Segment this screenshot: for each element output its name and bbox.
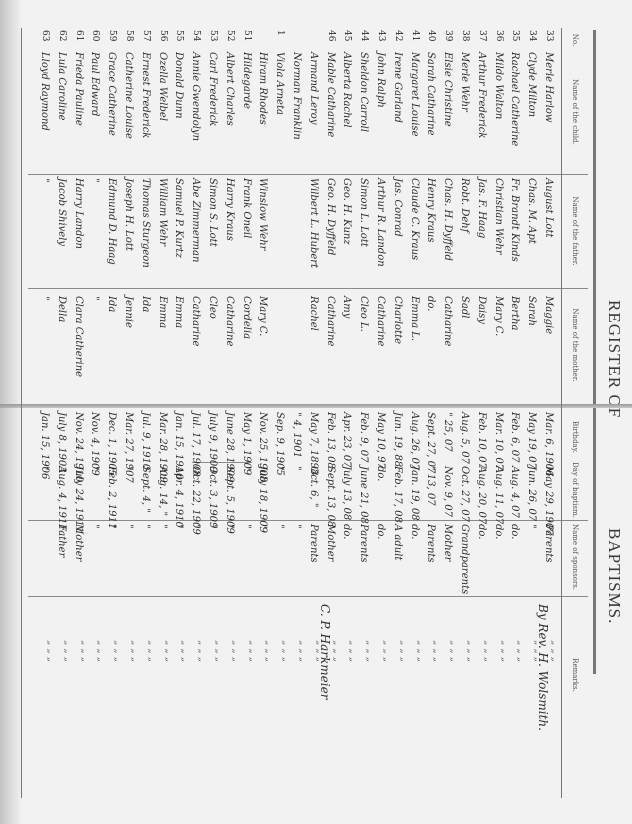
- cell-birthday: " 4, 1901: [291, 412, 302, 458]
- table-row: 36Mildo WaltonChristian WehrMary C.Mar. …: [492, 0, 504, 824]
- cell-no: 59: [107, 30, 117, 41]
- header-birthday: Birthday.: [562, 412, 588, 462]
- cell-mother: Della: [56, 296, 67, 322]
- cell-child: Paul Edward: [89, 52, 100, 116]
- cell-sponsors: ": [224, 524, 235, 529]
- table-row: 63Lloyd Raymond""Jan. 15, 1906"” ” ”: [38, 0, 50, 824]
- cell-father: August Lott: [543, 178, 554, 238]
- header-remarks: Remarks.: [562, 600, 588, 750]
- cell-sponsors: Mother: [325, 524, 336, 561]
- table-row: Norman Franklin" 4, 1901""” ” ”: [290, 0, 302, 824]
- cell-no: 44: [359, 30, 369, 41]
- cell-baptism: ": [274, 466, 285, 471]
- cell-mother: Ida: [140, 296, 151, 312]
- ditto-marks: ” ” ”: [190, 640, 201, 662]
- table-row: Armand LeroyWilbert L. HubertRachelMay 7…: [307, 0, 319, 824]
- cell-no: 38: [460, 30, 470, 41]
- table-row: 45Alberta RachelGeo. H. KunzAmyApr. 23, …: [340, 0, 352, 824]
- cell-father: Frank Oneil: [241, 178, 252, 238]
- cell-sponsors: do.: [375, 524, 386, 539]
- cell-mother: Cordelia: [241, 296, 252, 339]
- cell-father: Joseph H. Lott: [123, 178, 134, 251]
- table-row: 57Ernest FrederickThomas SturgeonIdaJul.…: [139, 0, 151, 824]
- ditto-marks: ” ” ”: [73, 640, 84, 662]
- cell-sponsors: ": [241, 524, 252, 529]
- table-row: 42Irene GarlandJas. ConradCharlotteJun. …: [391, 0, 403, 824]
- cell-baptism: ": [123, 466, 134, 471]
- ditto-marks: ” ” ”: [106, 640, 117, 662]
- cell-child: Alberta Rachel: [341, 52, 352, 128]
- cell-no: 56: [158, 30, 168, 41]
- cell-sponsors: ": [157, 524, 168, 529]
- ditto-marks: ” ” ”: [493, 640, 504, 662]
- cell-child: Mable Catharine: [325, 52, 336, 137]
- ditto-marks: ” ” ”: [224, 640, 235, 662]
- table-row: 62Lula CarolineJacob ShivelyDellaJuly 8,…: [55, 0, 67, 824]
- ditto-marks: ” ” ”: [56, 640, 67, 662]
- remark-rev-wolsmith: By Rev. H. Wolsmith.: [536, 604, 550, 731]
- header-rule: [561, 28, 562, 798]
- cell-no: 37: [477, 30, 487, 41]
- table-row: 60Paul Edward""Nov. 4, 1909""” ” ”: [88, 0, 100, 824]
- cell-baptism: Aug. 4, 1911: [56, 466, 67, 531]
- ditto-marks: ” ” ”: [173, 640, 184, 662]
- cell-child: Catherine Louise: [123, 52, 134, 139]
- cell-mother: Maggie: [543, 296, 554, 334]
- cell-mother: Catharine: [190, 296, 201, 346]
- cell-baptism: July 13, 08: [341, 466, 352, 520]
- cell-mother: Catharine: [224, 296, 235, 346]
- cell-no: 55: [174, 30, 184, 41]
- cell-baptism: Sept. 13, 08: [325, 466, 336, 527]
- ditto-marks: ” ” ”: [358, 640, 369, 662]
- cell-no: 63: [40, 30, 50, 41]
- cell-child: Viola Arneta: [274, 52, 285, 115]
- cell-mother: Catharine: [375, 296, 386, 346]
- cell-child: Margaret Louise: [409, 52, 420, 137]
- cell-child: Albert Charles: [224, 52, 235, 126]
- cell-mother: Catharine: [442, 296, 453, 346]
- cell-baptism: Aug. 14, ": [157, 466, 168, 516]
- cell-father: Simon S. Lott: [207, 178, 218, 247]
- cell-father: Winslow Wehr: [257, 178, 268, 250]
- cell-mother: Cleo: [207, 296, 218, 319]
- cell-sponsors: do.: [476, 524, 487, 539]
- ditto-marks: ” ” ”: [392, 640, 403, 662]
- table-row: 51HildegardeFrank OneilCordeliaMay 1, 19…: [240, 0, 252, 824]
- cell-no: 33: [544, 30, 554, 41]
- cell-no: 51: [242, 30, 252, 41]
- cell-child: Clyde Milton: [526, 52, 537, 117]
- cell-no: 45: [342, 30, 352, 41]
- cell-baptism: ": [241, 466, 252, 471]
- cell-baptism: Oct. 3, 1909: [207, 466, 218, 528]
- cell-mother: Cleo L.: [358, 296, 369, 332]
- cell-no: 60: [90, 30, 100, 41]
- cell-baptism: July 18, 1909: [257, 466, 268, 533]
- cell-child: Arthur Frederick: [476, 52, 487, 138]
- cell-birthday: Aug. 5, 07: [459, 412, 470, 464]
- ditto-marks: ” ” ”: [123, 640, 134, 662]
- ditto-marks: ” ” ”: [257, 640, 268, 662]
- ditto-marks: ” ” ”: [207, 640, 218, 662]
- cell-no: 62: [57, 30, 67, 41]
- cell-no: 58: [124, 30, 134, 41]
- cell-sponsors: A adult: [392, 524, 403, 560]
- ditto-marks: ” ” ”: [425, 640, 436, 662]
- cell-no: 39: [443, 30, 453, 41]
- table-row: 1Viola ArnetaSep. 9, 1905""” ” ”: [273, 0, 285, 824]
- cell-child: Ozella Welbel: [157, 52, 168, 121]
- cell-baptism: Feb. 2, 1911: [106, 466, 117, 529]
- table-row: 52Albert CharlesHarry KrausCatharineJune…: [223, 0, 235, 824]
- cell-mother: Emma: [173, 296, 184, 328]
- cell-child: Sheldon Carroll: [358, 52, 369, 132]
- ditto-marks: ” ” ”: [476, 640, 487, 662]
- cell-child: Grace Catherine: [106, 52, 117, 136]
- cell-mother: Charlotte: [392, 296, 403, 344]
- cell-no: 36: [494, 30, 504, 41]
- cell-father: Christian Wehr: [493, 178, 504, 255]
- cell-child: Rachael Catherine: [509, 52, 520, 146]
- cell-birthday: " 25, 07: [442, 412, 453, 452]
- cell-child: Armand Leroy: [308, 52, 319, 124]
- cell-sponsors: do.: [409, 524, 420, 539]
- cell-birthday: Jul. 9, 1910: [140, 412, 151, 470]
- cell-baptism: Oct. 27, 07: [459, 466, 470, 522]
- cell-child: Elsie Christine: [442, 52, 453, 127]
- header-child: Name of the child.: [562, 52, 588, 172]
- cell-sponsors: Father: [56, 524, 67, 557]
- ditto-marks: ” ” ”: [241, 640, 252, 662]
- cell-baptism: ": [89, 466, 100, 471]
- cell-baptism: Sept. 4, ": [140, 466, 151, 513]
- ditto-marks: ” ” ”: [341, 640, 352, 662]
- header-baptism: Day of baptism.: [562, 462, 588, 518]
- header-sponsors: Name of sponsors.: [562, 522, 588, 592]
- cell-baptism: Oct. 6, ": [308, 466, 319, 508]
- cell-child: Annie Gwendolyn: [190, 52, 201, 141]
- cell-father: ": [89, 178, 100, 183]
- table-row: 54Annie GwendolynAbe ZimmermanCatharineJ…: [189, 0, 201, 824]
- cell-no: 41: [410, 30, 420, 41]
- top-rule: [593, 30, 596, 674]
- cell-sponsors: Parents: [543, 524, 554, 563]
- cell-child: Sarah Catharine: [425, 52, 436, 136]
- cell-mother: Ida: [106, 296, 117, 312]
- cell-father: Chas. H. Dyffeld: [442, 178, 453, 261]
- cell-baptism: Aug. 20, 07: [476, 466, 487, 524]
- cell-mother: Mary C.: [493, 296, 504, 336]
- cell-father: Samuel P. Kurtz: [173, 178, 184, 258]
- cell-sponsors: do.: [493, 524, 504, 539]
- cell-mother: Mary C.: [257, 296, 268, 336]
- cell-sponsors: do.: [341, 524, 352, 539]
- cell-father: Harry Landon: [73, 178, 84, 249]
- cell-sponsors: Parents: [358, 524, 369, 563]
- cell-sponsors: ": [526, 524, 537, 529]
- table-row: 56Ozella WelbelWilliam WehrEmmaMar. 28, …: [156, 0, 168, 824]
- cell-no: 1: [275, 30, 285, 36]
- cell-child: John Ralph: [375, 52, 386, 108]
- cell-father: Jas. F. Haag: [476, 178, 487, 238]
- ditto-marks: ” ” ”: [459, 640, 470, 662]
- cell-father: Jas. Conrad: [392, 178, 403, 237]
- table-row: Hiram RhodesWinslow WehrMary C.Nov. 25, …: [256, 0, 268, 824]
- ditto-marks: ” ” ”: [375, 640, 386, 662]
- cell-birthday: Apr. 23, 07: [341, 412, 352, 467]
- cell-birthday: May 19, 07: [526, 412, 537, 469]
- cell-no: 46: [326, 30, 336, 41]
- cell-father: Geo. H. Kunz: [341, 178, 352, 245]
- cell-mother: Amy: [341, 296, 352, 318]
- cell-no: 34: [527, 30, 537, 41]
- header-mother: Name of the mother.: [562, 290, 588, 400]
- cell-mother: Sarah: [526, 296, 537, 326]
- cell-sponsors: Mother: [442, 524, 453, 561]
- cell-father: Simon L. Lott: [358, 178, 369, 247]
- cell-father: Chas. M. Apt: [526, 178, 537, 244]
- cell-child: Irene Garland: [392, 52, 403, 123]
- cell-no: 61: [74, 30, 84, 41]
- cell-no: 53: [208, 30, 218, 41]
- cell-no: 54: [191, 30, 201, 41]
- cell-child: Lloyd Raymond: [39, 52, 50, 131]
- cell-father: William Wehr: [157, 178, 168, 246]
- cell-no: 40: [426, 30, 436, 41]
- ditto-marks: ” ” ”: [291, 640, 302, 662]
- cell-baptism: do.: [375, 466, 386, 481]
- ditto-marks: ” ” ”: [442, 640, 453, 662]
- cell-baptism: Aug. 4, 07: [509, 466, 520, 518]
- cell-father: Henry Kraus: [425, 178, 436, 242]
- cell-sponsors: ": [173, 524, 184, 529]
- cell-sponsors: ": [106, 524, 117, 529]
- cell-baptism: Nov. 9, 07: [442, 466, 453, 517]
- cell-mother: Bertha: [509, 296, 520, 330]
- table-row: 41Margaret LouiseClaude C. KrausEmma L.A…: [408, 0, 420, 824]
- cell-child: Merle Wehr: [459, 52, 470, 112]
- ditto-marks: ” ” ”: [39, 640, 50, 662]
- table-row: 35Rachael CatherineFr. Brandt KindsBerth…: [508, 0, 520, 824]
- baptisms-title: BAPTISMS.: [604, 528, 624, 624]
- cell-father: Claude C. Kraus: [409, 178, 420, 260]
- cell-mother: Sadl: [459, 296, 470, 318]
- cell-child: Donald Dunn: [173, 52, 184, 119]
- cell-father: Abe Zimmerman: [190, 178, 201, 262]
- cell-baptism: Feb. 17, 08: [392, 466, 403, 523]
- cell-father: Fr. Brandt Kinds: [509, 178, 520, 262]
- table-row: 43John RalphArthur R. LandonCatharineMay…: [374, 0, 386, 824]
- cell-mother: Emma L.: [409, 296, 420, 341]
- cell-birthday: Aug. 26, 07: [409, 412, 420, 470]
- cell-baptism: Jan. 19, 08: [409, 466, 420, 521]
- remark-harkmeier: C. P. Harkmeier: [318, 604, 332, 699]
- cell-father: Wilbert L. Hubert: [308, 178, 319, 268]
- cell-sponsors: ": [123, 524, 134, 529]
- ditto-marks: ” ” ”: [274, 640, 285, 662]
- cell-sponsors: ": [257, 524, 268, 529]
- cell-birthday: Jun. 19, 88: [392, 412, 403, 467]
- cell-no: 57: [141, 30, 151, 41]
- cell-birthday: Feb. 13, 08: [325, 412, 336, 469]
- cell-baptism: June 21, 08: [358, 466, 369, 524]
- cell-mother: Clara Catherine: [73, 296, 84, 377]
- cell-child: Norman Franklin: [291, 52, 302, 140]
- cell-sponsors: ": [274, 524, 285, 529]
- cell-child: Hildegarde: [241, 52, 252, 109]
- cell-no: 43: [376, 30, 386, 41]
- cell-mother: ": [39, 296, 50, 301]
- register-title: REGISTER OF: [604, 300, 624, 418]
- cell-baptism: Jun. 26, 07: [526, 466, 537, 521]
- cell-baptism: Aug. 11, 07: [493, 466, 504, 524]
- cell-father: Harry Kraus: [224, 178, 235, 241]
- cell-mother: Daisy: [476, 296, 487, 324]
- cell-father: Robt. Dehf: [459, 178, 470, 232]
- cell-child: Hiram Rhodes: [257, 52, 268, 125]
- cell-sponsors: ": [89, 524, 100, 529]
- ditto-marks: ” ” ”: [409, 640, 420, 662]
- cell-mother: do.: [425, 296, 436, 311]
- cell-baptism: Apr. 4, 1910: [173, 466, 184, 528]
- table-row: 55Donald DunnSamuel P. KurtzEmmaJan. 15,…: [172, 0, 184, 824]
- cell-birthday: July 9, 1909: [207, 412, 218, 473]
- cell-birthday: Feb. 9, 07: [358, 412, 369, 463]
- cell-birthday: July 8, 1903: [56, 412, 67, 473]
- cell-father: ": [39, 178, 50, 183]
- cell-sponsors: ": [291, 524, 302, 529]
- table-row: 39Elsie ChristineChas. H. DyffeldCathari…: [441, 0, 453, 824]
- cell-father: Arthur R. Landon: [375, 178, 386, 267]
- cell-baptism: ": [291, 466, 302, 471]
- cell-birthday: Mar. 10, 07: [493, 412, 504, 470]
- cell-baptism: ": [39, 466, 50, 471]
- ditto-marks: ” ” ”: [157, 640, 168, 662]
- table-row: 40Sarah CatharineHenry Krausdo.Sept. 27,…: [424, 0, 436, 824]
- table-row: 58Catherine LouiseJoseph H. LottJennieMa…: [122, 0, 134, 824]
- cell-child: Merle Harlow: [543, 52, 554, 122]
- cell-no: 35: [510, 30, 520, 41]
- cell-birthday: Feb. 6, 07: [509, 412, 520, 463]
- cell-sponsors: Parents: [308, 524, 319, 563]
- cell-no: 42: [393, 30, 403, 41]
- cell-father: Geo. H. Dyffeld: [325, 178, 336, 255]
- cell-sponsors: do.: [509, 524, 520, 539]
- table-row: 61Frieda PaulineHarry LandonClara Cather…: [72, 0, 84, 824]
- cell-sponsors: ": [207, 524, 218, 529]
- cell-mother: Catharine: [325, 296, 336, 346]
- cell-sponsors: ": [190, 524, 201, 529]
- cell-sponsors: Grandparents: [459, 524, 470, 594]
- table-row: 44Sheldon CarrollSimon L. LottCleo L.Feb…: [357, 0, 369, 824]
- header-father: Name of the father.: [562, 176, 588, 286]
- table-row: 38Merle WehrRobt. DehfSadlAug. 5, 07Oct.…: [458, 0, 470, 824]
- table-row: 46Mable CatharineGeo. H. DyffeldCatharin…: [324, 0, 336, 824]
- cell-sponsors: Mother: [73, 524, 84, 561]
- ditto-marks: ” ” ”: [89, 640, 100, 662]
- cell-child: Ernest Frederick: [140, 52, 151, 138]
- register-page: REGISTER OF BAPTISMS. No. Name of the ch…: [0, 0, 632, 824]
- cell-mother: ": [89, 296, 100, 301]
- cell-birthday: May 10, 97: [375, 412, 386, 469]
- scan-shadow: [0, 0, 22, 824]
- cell-birthday: Sept. 27, 07: [425, 412, 436, 473]
- cell-baptism: July 24, 1911: [73, 466, 84, 533]
- cell-child: Lula Caroline: [56, 52, 67, 121]
- cell-father: Thomas Sturgeon: [140, 178, 151, 268]
- cell-father: Edmund D. Haag: [106, 178, 117, 265]
- table-row: 53Carl FrederickSimon S. LottCleoJuly 9,…: [206, 0, 218, 824]
- cell-birthday: Mar. 27, 1907: [123, 412, 134, 483]
- ditto-marks: ” ” ”: [140, 640, 151, 662]
- cell-father: Jacob Shively: [56, 178, 67, 246]
- cell-sponsors: Parents: [425, 524, 436, 563]
- ditto-marks: ” ” ”: [509, 640, 520, 662]
- cell-child: Mildo Walton: [493, 52, 504, 119]
- table-row: 37Arthur FrederickJas. F. HaagDaisyFeb. …: [475, 0, 487, 824]
- table-row: 59Grace CatherineEdmund D. HaagIdaDec. 1…: [105, 0, 117, 824]
- cell-sponsors: ": [140, 524, 151, 529]
- cell-mother: Rachel: [308, 296, 319, 331]
- cell-mother: Emma: [157, 296, 168, 328]
- header-no: No.: [562, 30, 588, 50]
- cell-mother: Jennie: [123, 296, 134, 328]
- cell-baptism: " 13, 07: [425, 466, 436, 506]
- cell-child: Frieda Pauline: [73, 52, 84, 126]
- cell-child: Carl Frederick: [207, 52, 218, 126]
- cell-no: 52: [225, 30, 235, 41]
- cell-birthday: Feb. 10, 07: [476, 412, 487, 469]
